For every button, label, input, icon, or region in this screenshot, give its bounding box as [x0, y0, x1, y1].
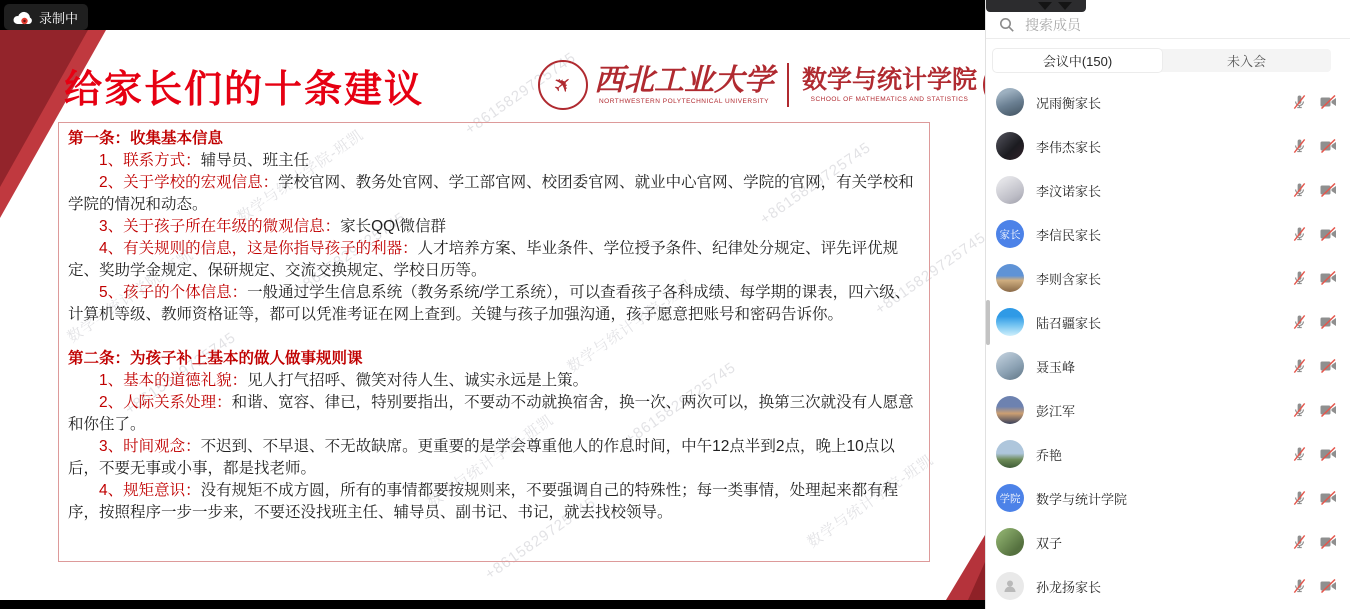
member-name: 李汶诺家长 — [1036, 181, 1101, 200]
avatar — [996, 440, 1024, 468]
mic-muted-icon[interactable] — [1290, 226, 1308, 242]
mic-muted-icon[interactable] — [1290, 358, 1308, 374]
member-name: 陆召疆家长 — [1036, 313, 1101, 332]
member-row[interactable]: 况雨衡家长 — [986, 80, 1350, 124]
avatar — [996, 528, 1024, 556]
slide-title: 给家长们的十条建议 — [64, 58, 424, 113]
member-name: 李信民家长 — [1036, 225, 1101, 244]
search-icon — [999, 17, 1015, 33]
share-bottom-black-bar — [0, 600, 985, 609]
floating-window-edge[interactable] — [986, 0, 1086, 12]
member-row[interactable]: 双子 — [986, 520, 1350, 564]
avatar: 学院 — [996, 484, 1024, 512]
member-name: 数学与统计学院 — [1036, 489, 1127, 508]
recording-badge[interactable]: 录制中 — [4, 4, 88, 30]
mic-muted-icon[interactable] — [1290, 270, 1308, 286]
slide-content-box: 第一条：收集基本信息 1、联系方式：辅导员、班主任 2、关于学校的宏观信息：学校… — [58, 122, 930, 562]
list-item: 1、联系方式：辅导员、班主任 — [68, 150, 920, 172]
mic-muted-icon[interactable] — [1290, 490, 1308, 506]
camera-off-icon[interactable] — [1319, 183, 1337, 197]
recording-label: 录制中 — [39, 8, 78, 27]
meeting-window: 录制中 数学与统计学院-班凯 +8615829725745 数学与统计学院-班凯… — [0, 0, 1350, 609]
camera-off-icon[interactable] — [1319, 491, 1337, 505]
camera-off-icon[interactable] — [1319, 227, 1337, 241]
camera-off-icon[interactable] — [1319, 359, 1337, 373]
school-name-cn: 数学与统计学院 — [802, 68, 977, 94]
list-item: 1、基本的道德礼貌：见人打气招呼、微笑对待人生、诚实永远是上策。 — [68, 370, 920, 392]
screen-share-area: 录制中 数学与统计学院-班凯 +8615829725745 数学与统计学院-班凯… — [0, 0, 985, 609]
camera-off-icon[interactable] — [1319, 95, 1337, 109]
mic-muted-icon[interactable] — [1290, 94, 1308, 110]
tab-in-meeting[interactable]: 会议中(150) — [993, 49, 1162, 72]
camera-off-icon[interactable] — [1319, 271, 1337, 285]
avatar — [996, 88, 1024, 116]
member-row[interactable]: 彭江军 — [986, 388, 1350, 432]
member-name: 况雨衡家长 — [1036, 93, 1101, 112]
list-item: 4、规矩意识：没有规矩不成方圆，所有的事情都要按规则来，不要强调自己的特殊性；每… — [68, 480, 920, 524]
logo-divider — [787, 63, 789, 107]
university-logo: ✈ 西北工业大学 NORTHWESTERN POLYTECHNICAL UNIV… — [538, 60, 985, 110]
member-row[interactable]: 聂玉峰 — [986, 344, 1350, 388]
chevron-down-icon — [1038, 2, 1052, 10]
member-name: 李伟杰家长 — [1036, 137, 1101, 156]
member-row[interactable]: 孙龙扬家长 — [986, 564, 1350, 608]
member-row[interactable]: 李则含家长 — [986, 256, 1350, 300]
scrollbar-thumb[interactable] — [986, 300, 990, 345]
member-tabs: 会议中(150) 未入会 — [993, 49, 1331, 72]
camera-off-icon[interactable] — [1319, 535, 1337, 549]
school-name-en: SCHOOL OF MATHEMATICS AND STATISTICS — [811, 96, 969, 103]
list-item: 3、时间观念：不迟到、不早退、不无故缺席。更重要的是学会尊重他人的作息时间，中午… — [68, 436, 920, 480]
mic-muted-icon[interactable] — [1290, 182, 1308, 198]
camera-off-icon[interactable] — [1319, 579, 1337, 593]
list-item: 5、孩子的个体信息：一般通过学生信息系统（教务系统/学工系统），可以查看孩子各科… — [68, 282, 920, 326]
member-row[interactable]: 学院 数学与统计学院 — [986, 476, 1350, 520]
tab-not-joined[interactable]: 未入会 — [1162, 49, 1331, 72]
list-item: 3、关于孩子所在年级的微观信息：家长QQ\微信群 — [68, 216, 920, 238]
share-top-black-bar: 录制中 — [0, 0, 985, 30]
camera-off-icon[interactable] — [1319, 403, 1337, 417]
member-list: 况雨衡家长 李伟杰家长 李汶诺家长 家长 李信民家长 — [986, 80, 1350, 608]
mic-muted-icon[interactable] — [1290, 138, 1308, 154]
list-item: 2、关于学校的宏观信息：学校官网、教务处官网、学工部官网、校团委官网、就业中心官… — [68, 172, 920, 216]
section-heading: 第一条：收集基本信息 — [68, 128, 920, 150]
search-row — [986, 12, 1350, 39]
avatar — [996, 352, 1024, 380]
list-item: 2、人际关系处理：和谐、宽容、律已，特别要指出，不要动不动就换宿舍，换一次、两次… — [68, 392, 920, 436]
avatar — [996, 176, 1024, 204]
chevron-down-icon — [1058, 2, 1072, 10]
search-input[interactable] — [1023, 16, 1287, 34]
avatar — [996, 396, 1024, 424]
member-row[interactable]: 李伟杰家长 — [986, 124, 1350, 168]
presentation-slide: 数学与统计学院-班凯 +8615829725745 数学与统计学院-班凯 +86… — [0, 30, 985, 600]
member-name: 聂玉峰 — [1036, 357, 1075, 376]
member-row[interactable]: 陆召疆家长 — [986, 300, 1350, 344]
member-name: 李则含家长 — [1036, 269, 1101, 288]
member-name: 彭江军 — [1036, 401, 1075, 420]
list-item: 4、有关规则的信息，这是你指导孩子的利器：人才培养方案、毕业条件、学位授予条件、… — [68, 238, 920, 282]
member-name: 双子 — [1036, 533, 1062, 552]
camera-off-icon[interactable] — [1319, 447, 1337, 461]
cloud-recording-icon — [12, 10, 33, 25]
member-row[interactable]: 乔艳 — [986, 432, 1350, 476]
university-emblem-icon: ✈ — [538, 60, 588, 110]
member-row[interactable]: 家长 李信民家长 — [986, 212, 1350, 256]
mic-muted-icon[interactable] — [1290, 314, 1308, 330]
university-name-cn: 西北工业大学 — [594, 66, 774, 96]
avatar — [996, 308, 1024, 336]
mic-muted-icon[interactable] — [1290, 402, 1308, 418]
mic-muted-icon[interactable] — [1290, 534, 1308, 550]
default-person-icon — [1002, 578, 1018, 594]
avatar — [996, 132, 1024, 160]
camera-off-icon[interactable] — [1319, 315, 1337, 329]
mic-muted-icon[interactable] — [1290, 446, 1308, 462]
university-name-en: NORTHWESTERN POLYTECHNICAL UNIVERSITY — [599, 98, 769, 105]
avatar — [996, 264, 1024, 292]
member-name: 孙龙扬家长 — [1036, 577, 1101, 596]
avatar: 家长 — [996, 220, 1024, 248]
camera-off-icon[interactable] — [1319, 139, 1337, 153]
members-panel: 会议中(150) 未入会 况雨衡家长 李伟杰家长 李汶诺家长 — [985, 0, 1350, 609]
mic-muted-icon[interactable] — [1290, 578, 1308, 594]
member-name: 乔艳 — [1036, 445, 1062, 464]
avatar — [996, 572, 1024, 600]
member-row[interactable]: 李汶诺家长 — [986, 168, 1350, 212]
section-heading: 第二条：为孩子补上基本的做人做事规则课 — [68, 348, 920, 370]
